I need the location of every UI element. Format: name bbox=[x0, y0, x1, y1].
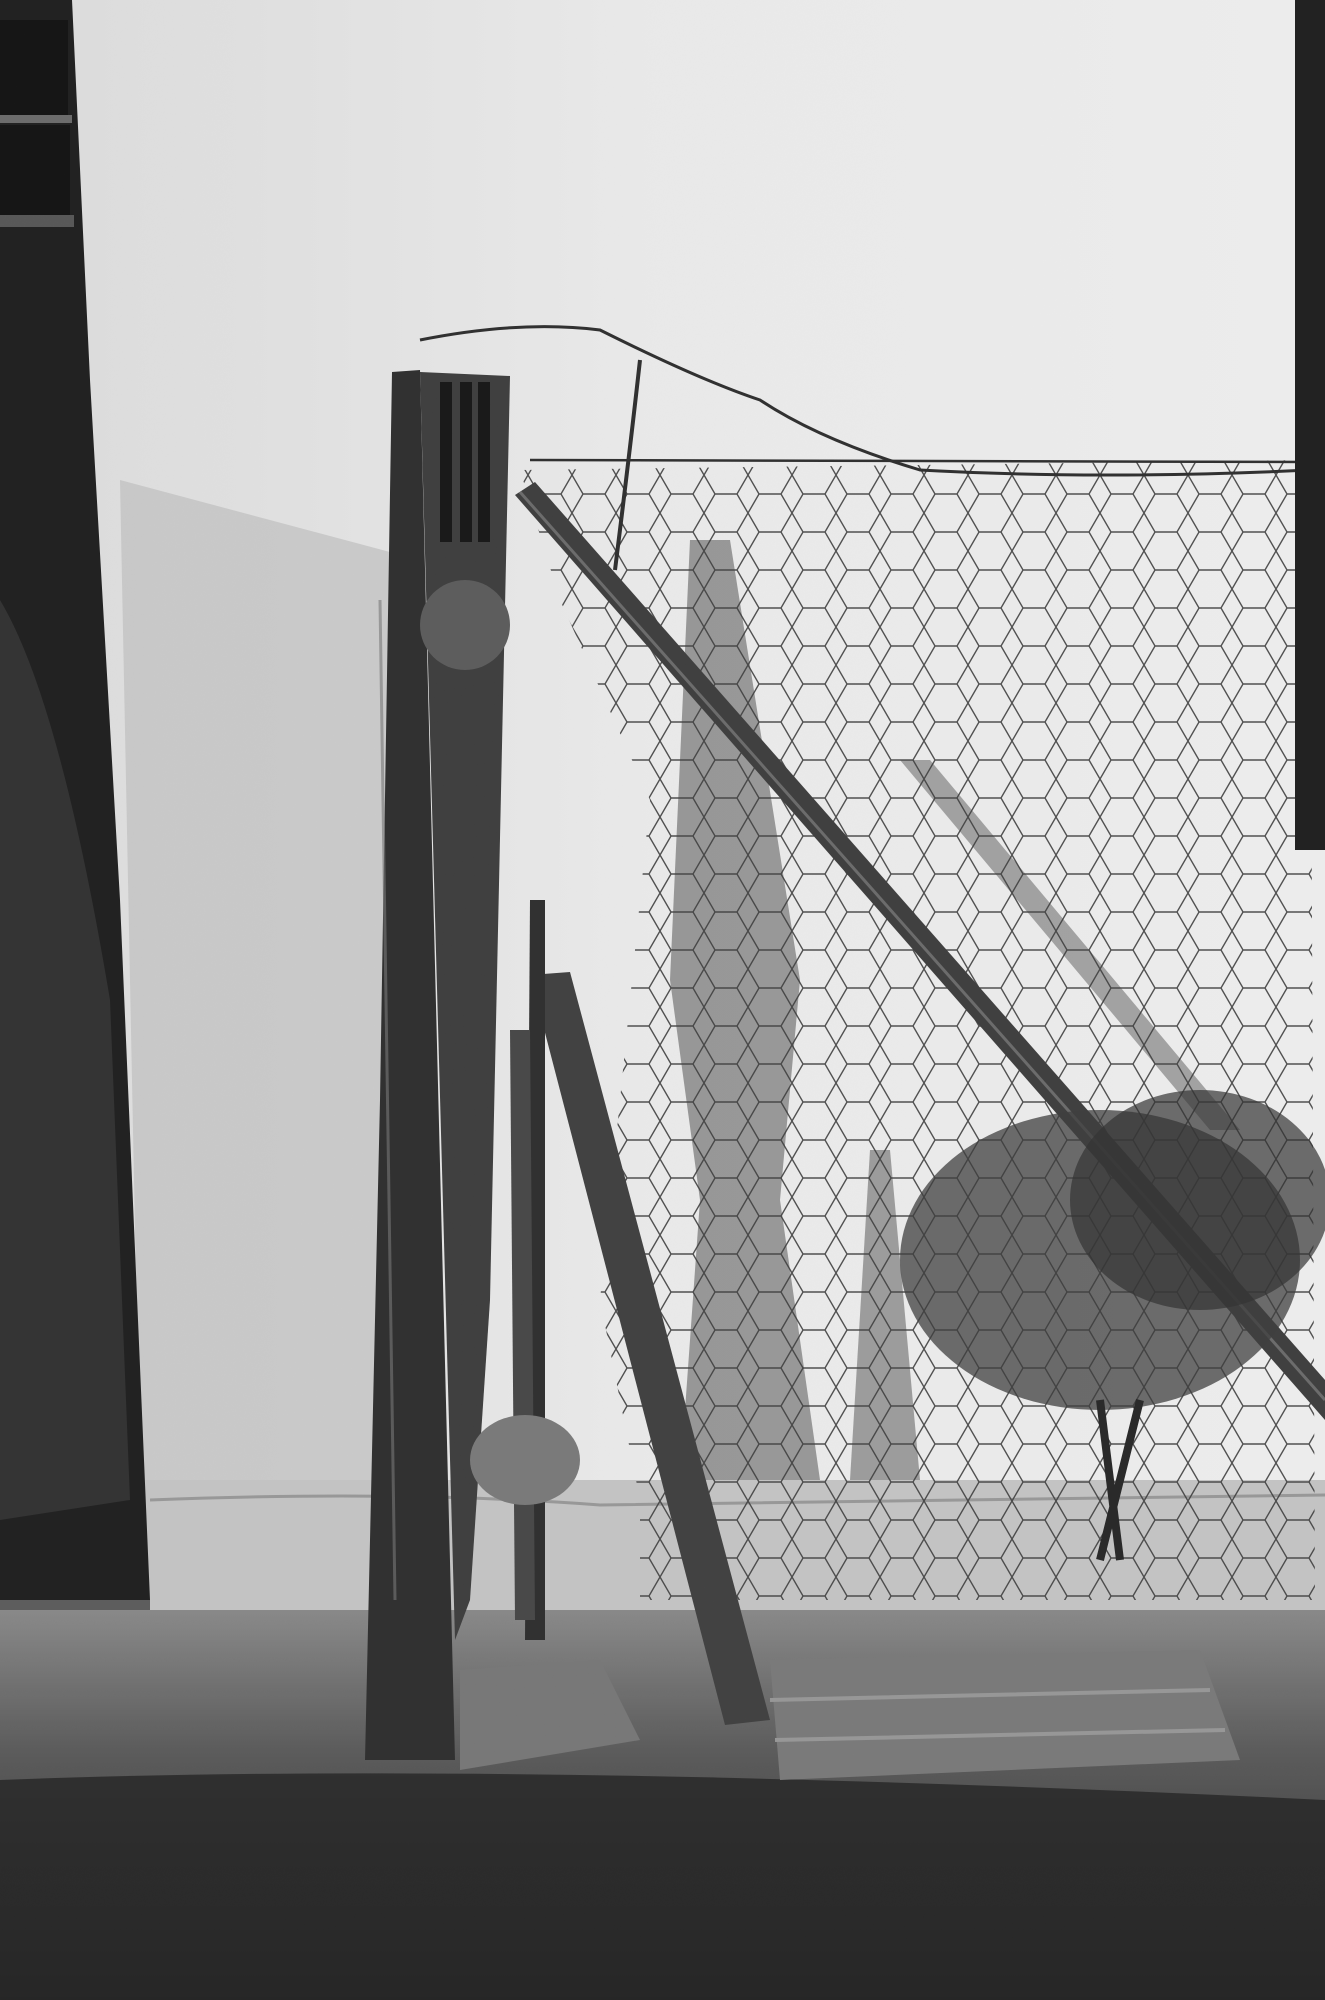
photograph bbox=[0, 0, 1325, 2000]
